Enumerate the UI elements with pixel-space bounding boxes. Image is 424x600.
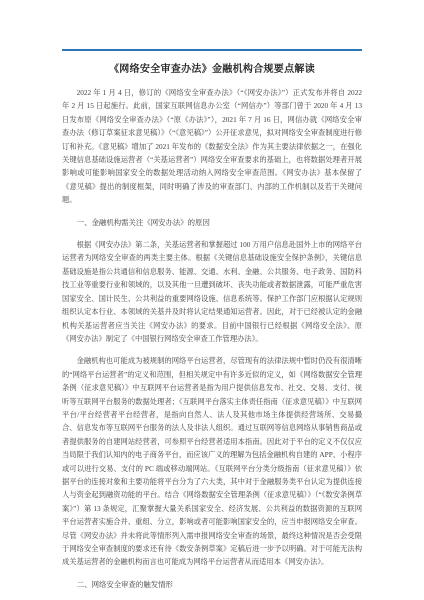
document-page: 《网络安全审查办法》金融机构合规要点解读 2022 年 1 月 4 日，修订的《… — [0, 0, 424, 600]
section-1-heading: 一、金融机构需关注《网安办法》的原因 — [62, 216, 362, 229]
section-1-paragraph-2: 金融机构也可能成为被规制的网络平台运营者，尽管现有的法律法规中暂时仍没有很清晰的… — [62, 354, 362, 569]
section-1-paragraph-1: 根据《网安办法》第二条，关基运营者和掌握超过 100 万用户信息赴国外上市的网络… — [62, 238, 362, 345]
document-content: 《网络安全审查办法》金融机构合规要点解读 2022 年 1 月 4 日，修订的《… — [62, 49, 362, 591]
title-divider-rule — [62, 49, 362, 51]
intro-paragraph: 2022 年 1 月 4 日，修订的《网络安全审查办法》（“《网安办法》”）正式… — [62, 86, 362, 207]
document-title: 《网络安全审查办法》金融机构合规要点解读 — [62, 64, 362, 76]
section-2-heading: 二、网络安全审查的触发情形 — [62, 578, 362, 591]
